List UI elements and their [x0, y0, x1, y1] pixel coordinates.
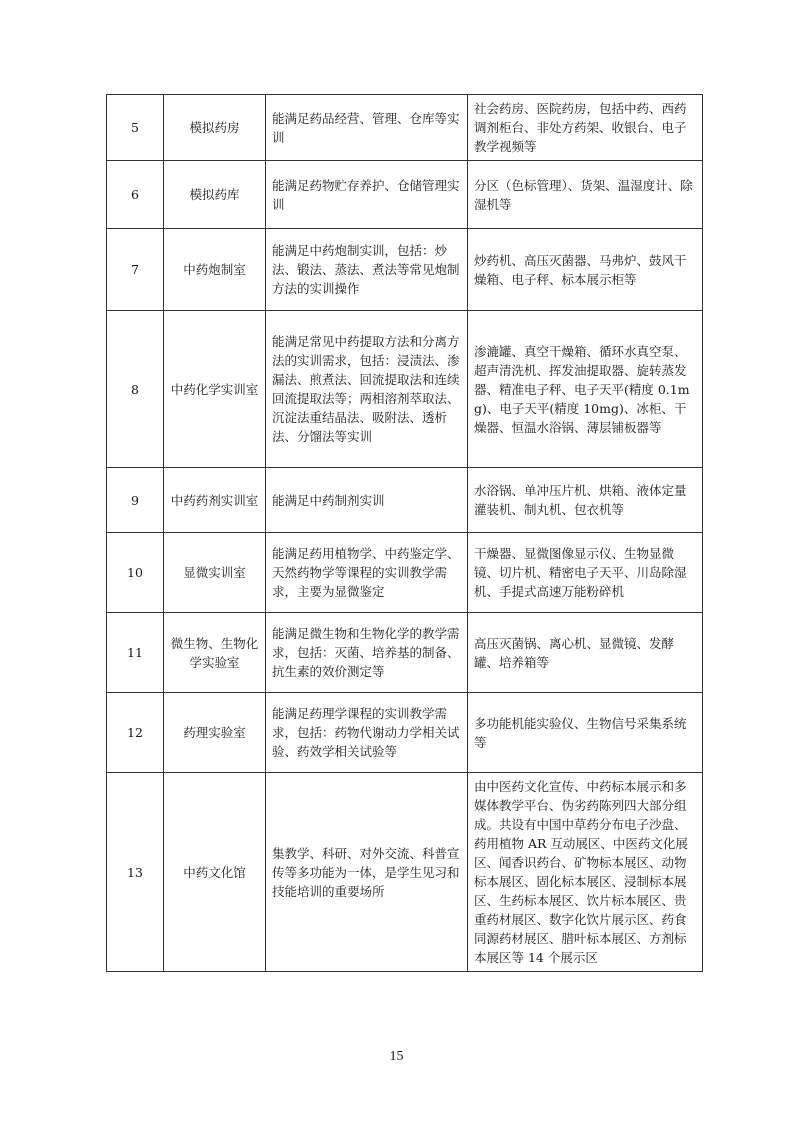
- function-cell: 能满足常见中药提取方法和分离方法的实训需求，包括：浸渍法、渗漏法、煎煮法、回流提…: [266, 311, 468, 468]
- row-number-cell: 8: [107, 311, 164, 468]
- function-cell: 能满足微生物和生物化学的教学需求，包括：灭菌、培养基的制备、抗生素的效价测定等: [266, 613, 468, 693]
- room-name-cell: 显微实训室: [164, 533, 266, 613]
- row-number-cell: 6: [107, 161, 164, 229]
- table-row: 7中药炮制室能满足中药炮制实训，包括：炒法、锻法、蒸法、煮法等常见炮制方法的实训…: [107, 229, 703, 311]
- function-cell: 能满足药品经营、管理、仓库等实训: [266, 95, 468, 161]
- row-number-cell: 11: [107, 613, 164, 693]
- table-row: 13中药文化馆集教学、科研、对外交流、科普宣传等多功能为一体，是学生见习和技能培…: [107, 773, 703, 972]
- function-cell: 能满足药用植物学、中药鉴定学、天然药物学等课程的实训教学需求，主要为显微鉴定: [266, 533, 468, 613]
- function-cell: 集教学、科研、对外交流、科普宣传等多功能为一体，是学生见习和技能培训的重要场所: [266, 773, 468, 972]
- function-cell: 能满足中药炮制实训，包括：炒法、锻法、蒸法、煮法等常见炮制方法的实训操作: [266, 229, 468, 311]
- table-body: 5模拟药房能满足药品经营、管理、仓库等实训社会药房、医院药房，包括中药、西药调剂…: [107, 95, 703, 972]
- room-name-cell: 中药炮制室: [164, 229, 266, 311]
- table-row: 10显微实训室能满足药用植物学、中药鉴定学、天然药物学等课程的实训教学需求，主要…: [107, 533, 703, 613]
- room-name-cell: 微生物、生物化学实验室: [164, 613, 266, 693]
- document-page: 5模拟药房能满足药品经营、管理、仓库等实训社会药房、医院药房，包括中药、西药调剂…: [0, 0, 793, 1122]
- equipment-cell: 多功能机能实验仪、生物信号采集系统等: [468, 693, 703, 773]
- function-cell: 能满足药物贮存养护、仓储管理实训: [266, 161, 468, 229]
- equipment-cell: 渗漉罐、真空干燥箱、循环水真空泵、超声清洗机、挥发油提取器、旋转蒸发器、精准电子…: [468, 311, 703, 468]
- table-row: 12药理实验室能满足药理学课程的实训教学需求，包括：药物代谢动力学相关试验、药效…: [107, 693, 703, 773]
- room-name-cell: 中药化学实训室: [164, 311, 266, 468]
- equipment-cell: 高压灭菌锅、离心机、显微镜、发酵罐、培养箱等: [468, 613, 703, 693]
- row-number-cell: 12: [107, 693, 164, 773]
- equipment-cell: 分区（色标管理）、货架、温湿度计、除湿机等: [468, 161, 703, 229]
- row-number-cell: 10: [107, 533, 164, 613]
- room-name-cell: 中药文化馆: [164, 773, 266, 972]
- equipment-cell: 炒药机、高压灭菌器、马弗炉、鼓风干燥箱、电子秤、标本展示柜等: [468, 229, 703, 311]
- row-number-cell: 9: [107, 468, 164, 533]
- row-number-cell: 13: [107, 773, 164, 972]
- row-number-cell: 7: [107, 229, 164, 311]
- table-row: 11微生物、生物化学实验室能满足微生物和生物化学的教学需求，包括：灭菌、培养基的…: [107, 613, 703, 693]
- row-number-cell: 5: [107, 95, 164, 161]
- table-row: 9中药药剂实训室能满足中药制剂实训水浴锅、单冲压片机、烘箱、液体定量灌装机、制丸…: [107, 468, 703, 533]
- table-row: 5模拟药房能满足药品经营、管理、仓库等实训社会药房、医院药房，包括中药、西药调剂…: [107, 95, 703, 161]
- equipment-cell: 水浴锅、单冲压片机、烘箱、液体定量灌装机、制丸机、包衣机等: [468, 468, 703, 533]
- page-number: 15: [0, 1049, 793, 1065]
- function-cell: 能满足药理学课程的实训教学需求，包括：药物代谢动力学相关试验、药效学相关试验等: [266, 693, 468, 773]
- equipment-cell: 干燥器、显微图像显示仪、生物显微镜、切片机、精密电子天平、川岛除湿机、手提式高速…: [468, 533, 703, 613]
- table-row: 8中药化学实训室能满足常见中药提取方法和分离方法的实训需求，包括：浸渍法、渗漏法…: [107, 311, 703, 468]
- room-name-cell: 模拟药房: [164, 95, 266, 161]
- equipment-cell: 由中医药文化宣传、中药标本展示和多媒体教学平台、伪劣药陈列四大部分组成。共设有中…: [468, 773, 703, 972]
- training-room-table: 5模拟药房能满足药品经营、管理、仓库等实训社会药房、医院药房，包括中药、西药调剂…: [106, 94, 703, 972]
- function-cell: 能满足中药制剂实训: [266, 468, 468, 533]
- room-name-cell: 药理实验室: [164, 693, 266, 773]
- room-name-cell: 模拟药库: [164, 161, 266, 229]
- room-name-cell: 中药药剂实训室: [164, 468, 266, 533]
- equipment-cell: 社会药房、医院药房，包括中药、西药调剂柜台、非处方药架、收银台、电子教学视频等: [468, 95, 703, 161]
- table-row: 6模拟药库能满足药物贮存养护、仓储管理实训分区（色标管理）、货架、温湿度计、除湿…: [107, 161, 703, 229]
